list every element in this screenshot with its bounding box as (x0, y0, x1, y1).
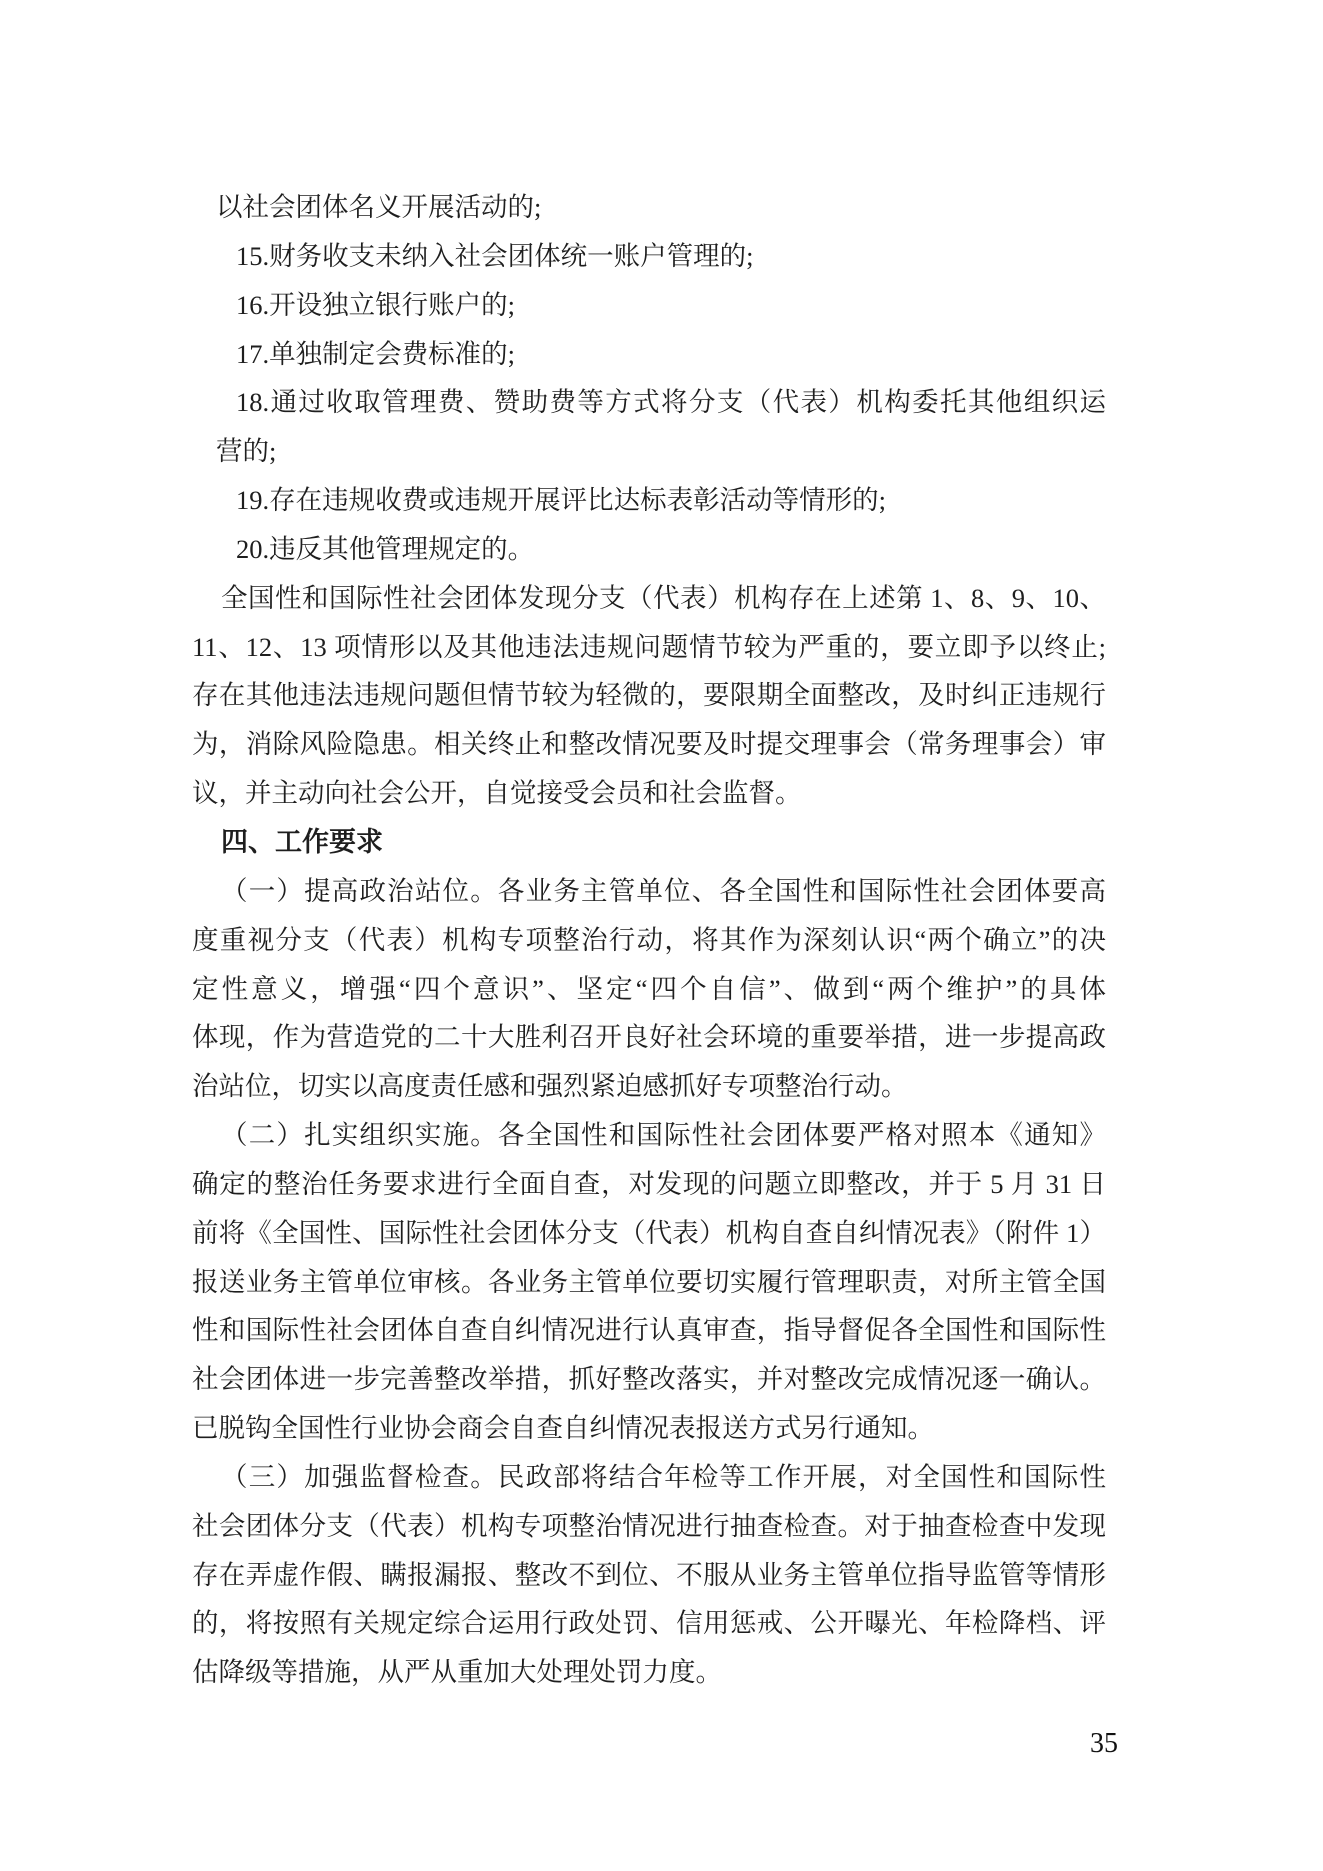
text-line: 存在其他违法违规问题但情节较为轻微的，要限期全面整改，及时纠正违规行 (192, 671, 1106, 720)
text-line: 存在弄虚作假、瞒报漏报、整改不到位、不服从业务主管单位指导监管等情形 (192, 1551, 1106, 1600)
text-line: 11、12、13 项情形以及其他违法违规问题情节较为严重的，要立即予以终止; (192, 623, 1106, 672)
text-line: 15.财务收支未纳入社会团体统一账户管理的; (192, 232, 1106, 281)
text-line: 报送业务主管单位审核。各业务主管单位要切实履行管理职责，对所主管全国 (192, 1258, 1106, 1307)
text-line: 确定的整治任务要求进行全面自查，对发现的问题立即整改，并于 5 月 31 日 (192, 1160, 1106, 1209)
text-line: 议，并主动向社会公开，自觉接受会员和社会监督。 (192, 769, 1106, 818)
text-line: 社会团体分支（代表）机构专项整治情况进行抽查检查。对于抽查检查中发现 (192, 1502, 1106, 1551)
text-line: 以社会团体名义开展活动的; (192, 183, 1106, 232)
text-line: 定性意义，增强“四个意识”、坚定“四个自信”、做到“两个维护”的具体 (192, 965, 1106, 1014)
text-line: （一）提高政治站位。各业务主管单位、各全国性和国际性社会团体要高 (192, 867, 1106, 916)
text-line: （三）加强监督检查。民政部将结合年检等工作开展，对全国性和国际性 (192, 1453, 1106, 1502)
text-line: 18.通过收取管理费、赞助费等方式将分支（代表）机构委托其他组织运 (192, 378, 1106, 427)
text-line: （二）扎实组织实施。各全国性和国际性社会团体要严格对照本《通知》 (192, 1111, 1106, 1160)
section-heading: 四、工作要求 (192, 818, 1106, 867)
text-line: 16.开设独立银行账户的; (192, 281, 1106, 330)
text-line: 体现，作为营造党的二十大胜利召开良好社会环境的重要举措，进一步提高政 (192, 1013, 1106, 1062)
text-line: 17.单独制定会费标准的; (192, 330, 1106, 379)
text-line: 社会团体进一步完善整改举措，抓好整改落实，并对整改完成情况逐一确认。 (192, 1355, 1106, 1404)
text-line: 20.违反其他管理规定的。 (192, 525, 1106, 574)
text-line: 性和国际性社会团体自查自纠情况进行认真审查，指导督促各全国性和国际性 (192, 1306, 1106, 1355)
text-line: 治站位，切实以高度责任感和强烈紧迫感抓好专项整治行动。 (192, 1062, 1106, 1111)
text-line: 已脱钩全国性行业协会商会自查自纠情况表报送方式另行通知。 (192, 1404, 1106, 1453)
text-line: 度重视分支（代表）机构专项整治行动，将其作为深刻认识“两个确立”的决 (192, 916, 1106, 965)
text-line: 19.存在违规收费或违规开展评比达标表彰活动等情形的; (192, 476, 1106, 525)
text-line: 营的; (192, 427, 1106, 476)
document-body: 以社会团体名义开展活动的;15.财务收支未纳入社会团体统一账户管理的;16.开设… (192, 183, 1106, 1697)
text-line: 前将《全国性、国际性社会团体分支（代表）机构自查自纠情况表》（附件 1） (192, 1209, 1106, 1258)
page-number: 35 (1090, 1727, 1118, 1761)
text-line: 全国性和国际性社会团体发现分支（代表）机构存在上述第 1、8、9、10、 (192, 574, 1106, 623)
text-line: 的，将按照有关规定综合运用行政处罚、信用惩戒、公开曝光、年检降档、评 (192, 1599, 1106, 1648)
text-line: 为，消除风险隐患。相关终止和整改情况要及时提交理事会（常务理事会）审 (192, 720, 1106, 769)
text-line: 估降级等措施，从严从重加大处理处罚力度。 (192, 1648, 1106, 1697)
